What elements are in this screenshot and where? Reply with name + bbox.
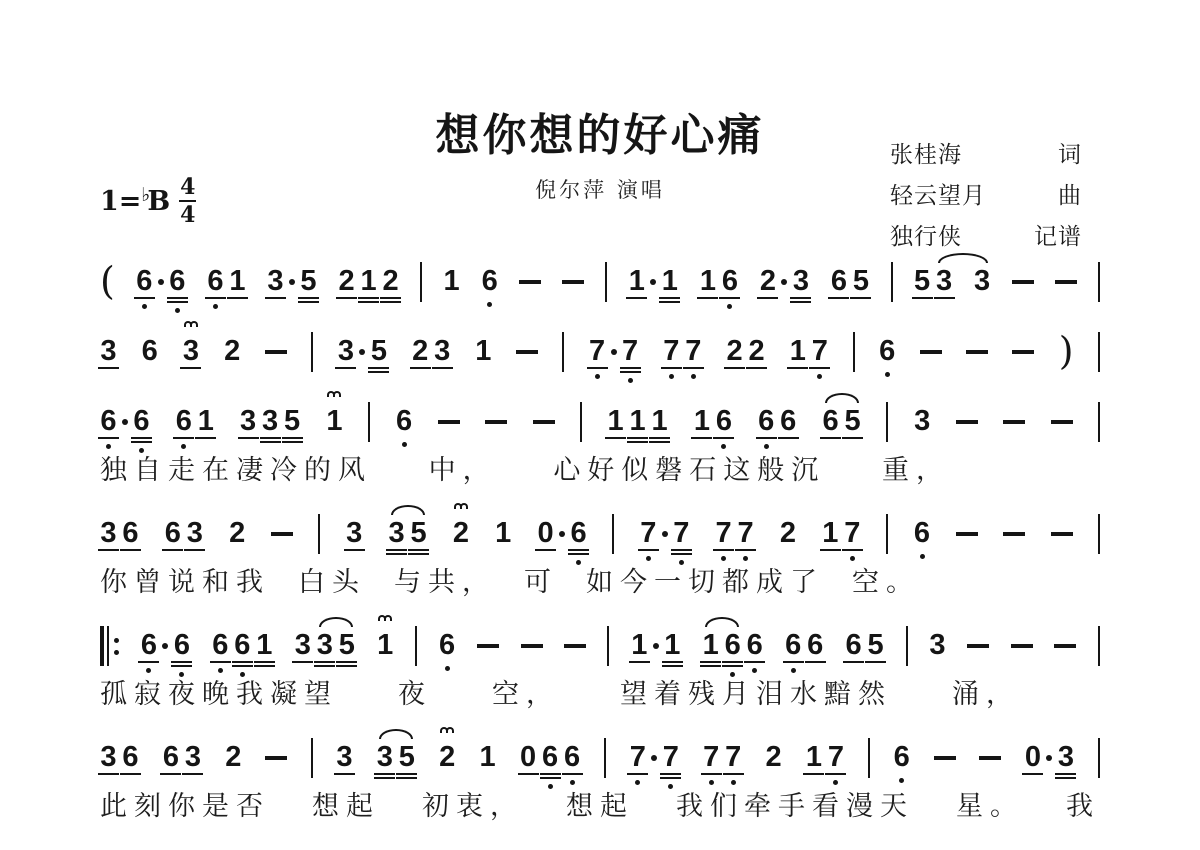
low-octave-dot <box>218 668 223 673</box>
note-3: 3 <box>240 406 257 436</box>
note-5: 5 <box>410 518 427 548</box>
augmentation-dot <box>653 630 659 660</box>
note-cluster: 6 <box>439 630 456 660</box>
mordent-icon <box>327 391 341 397</box>
note-6: 6 <box>162 742 179 772</box>
note-2: 2 <box>759 266 776 296</box>
lyric-segment: 夜 <box>398 678 432 712</box>
note-6: 6 <box>212 630 229 660</box>
note-cluster <box>318 518 320 548</box>
note-6: 6 <box>780 406 797 436</box>
note-3: 3 <box>100 742 117 772</box>
note-5: 5 <box>300 266 317 296</box>
note-cluster <box>415 630 417 660</box>
key-prefix: 1=♭B <box>100 186 170 217</box>
duration-dash <box>1012 336 1034 366</box>
note-3: 3 <box>434 336 451 366</box>
note-2: 2 <box>452 518 469 548</box>
slur-arc <box>391 505 425 515</box>
note-1: 1 <box>479 742 496 772</box>
duration-dash <box>966 336 988 366</box>
note-cluster <box>580 406 582 436</box>
low-octave-dot <box>727 304 732 309</box>
note-cluster: 23 <box>759 266 809 296</box>
note-3: 3 <box>184 742 201 772</box>
note-3: 3 <box>929 630 946 660</box>
lyric-segment: 心好似磐石这般沉 <box>553 454 825 488</box>
duration-dash <box>1054 630 1076 660</box>
lyrics-line-1: 独自走在凄冷的风中，心好似磐石这般沉重， <box>100 454 1100 488</box>
note-cluster: 77 <box>703 742 742 772</box>
note-cluster <box>1003 518 1025 548</box>
note-cluster <box>271 518 293 548</box>
note-cluster: 166 <box>702 630 763 660</box>
credit-row: 独行侠记谱 <box>890 218 1082 251</box>
note-0: 0 <box>1024 742 1041 772</box>
note-1: 1 <box>789 336 806 366</box>
note-cluster <box>533 406 555 436</box>
note-cluster: 35 <box>337 336 387 366</box>
note-6: 6 <box>570 518 587 548</box>
lyric-segment: 望着残月泪水黯然 <box>620 678 892 712</box>
note-cluster: 6 <box>893 742 910 772</box>
note-3: 3 <box>388 518 405 548</box>
note-cluster: 1 <box>443 266 460 296</box>
slur-arc <box>938 253 988 263</box>
note-cluster <box>265 336 287 366</box>
augmentation-dot <box>662 518 668 548</box>
note-cluster <box>868 742 870 772</box>
note-5: 5 <box>867 630 884 660</box>
low-octave-dot <box>730 672 735 677</box>
duration-dash <box>920 336 942 366</box>
note-cluster: 11 <box>631 630 681 660</box>
note-cluster: 36 <box>100 742 139 772</box>
note-6: 6 <box>140 630 157 660</box>
note-cluster: 35 <box>267 266 317 296</box>
note-2: 2 <box>229 518 246 548</box>
low-octave-dot <box>764 444 769 449</box>
low-octave-dot <box>721 556 726 561</box>
note-6: 6 <box>785 630 802 660</box>
note-cluster <box>853 336 855 366</box>
note-6: 6 <box>141 336 158 366</box>
barline <box>580 406 582 436</box>
note-cluster: 16 <box>693 406 732 436</box>
slur-arc <box>825 393 859 403</box>
note-7: 7 <box>737 518 754 548</box>
credit-role: 记谱 <box>1034 218 1082 251</box>
note-cluster: 3 <box>929 630 946 660</box>
low-octave-dot <box>106 444 111 449</box>
note-cluster <box>1098 266 1100 296</box>
note-cluster <box>1011 630 1033 660</box>
note-5: 5 <box>284 406 301 436</box>
note-cluster: 3 <box>336 742 353 772</box>
note-cluster: 3 <box>914 406 931 436</box>
note-1: 1 <box>664 630 681 660</box>
duration-dash <box>1003 518 1025 548</box>
barline <box>868 742 870 772</box>
low-octave-dot <box>213 304 218 309</box>
note-2: 2 <box>412 336 429 366</box>
note-1: 1 <box>805 742 822 772</box>
duration-dash <box>934 742 956 772</box>
notation-line-3: 6661335161111666653 <box>100 406 1100 438</box>
note-cluster <box>1055 266 1077 296</box>
low-octave-dot <box>833 780 838 785</box>
lyric-segment: 我们牵手看漫天 <box>676 790 914 824</box>
note-cluster: 77 <box>715 518 754 548</box>
note-1: 1 <box>360 266 377 296</box>
note-6: 6 <box>136 266 153 296</box>
note-5: 5 <box>338 630 355 660</box>
note-2: 2 <box>382 266 399 296</box>
lyric-segment: 可 <box>524 566 558 600</box>
note-cluster: 16 <box>699 266 738 296</box>
note-cluster: 65 <box>845 630 884 660</box>
low-octave-dot <box>899 778 904 783</box>
note-cluster: 2 <box>225 742 242 772</box>
note-6: 6 <box>879 336 896 366</box>
low-octave-dot <box>181 444 186 449</box>
note-2: 2 <box>439 742 456 772</box>
note-cluster: 66 <box>100 406 150 436</box>
note-6: 6 <box>175 406 192 436</box>
duration-dash <box>564 630 586 660</box>
note-cluster: 3 <box>100 336 117 366</box>
note-1: 1 <box>197 406 214 436</box>
duration-dash <box>533 406 555 436</box>
barline <box>1098 518 1100 548</box>
note-cluster: 6 <box>141 336 158 366</box>
note-cluster: ) <box>1059 336 1074 366</box>
slur-arc <box>379 729 413 739</box>
note-6: 6 <box>845 630 862 660</box>
duration-dash <box>1051 406 1073 436</box>
low-octave-dot <box>791 668 796 673</box>
note-cluster <box>956 518 978 548</box>
note-7: 7 <box>629 742 646 772</box>
note-2: 2 <box>338 266 355 296</box>
note-cluster: 1 <box>475 336 492 366</box>
low-octave-dot <box>679 560 684 565</box>
credit-row: 轻云望月曲 <box>890 177 1082 210</box>
note-3: 3 <box>336 742 353 772</box>
duration-dash <box>1003 406 1025 436</box>
note-7: 7 <box>703 742 720 772</box>
lyric-segment: 涌， <box>952 678 1020 712</box>
note-cluster: 61 <box>175 406 214 436</box>
note-cluster <box>934 742 956 772</box>
note-6: 6 <box>893 742 910 772</box>
barline <box>311 742 313 772</box>
note-cluster <box>100 630 119 670</box>
duration-dash <box>485 406 507 436</box>
low-octave-dot <box>885 372 890 377</box>
lyric-segment: 与共， <box>394 566 496 600</box>
note-cluster: 63 <box>162 742 201 772</box>
lyric-segment: 想起 <box>312 790 380 824</box>
note-3: 3 <box>376 742 393 772</box>
note-cluster <box>519 266 541 296</box>
note-1: 1 <box>631 630 648 660</box>
duration-dash <box>1055 266 1077 296</box>
augmentation-dot <box>611 336 617 366</box>
barline <box>886 518 888 548</box>
low-octave-dot <box>646 556 651 561</box>
note-cluster: 35 <box>388 518 427 548</box>
barline <box>368 406 370 436</box>
note-1: 1 <box>443 266 460 296</box>
note-cluster: ( <box>100 266 115 296</box>
note-cluster <box>886 406 888 436</box>
note-cluster: 6 <box>879 336 896 366</box>
note-cluster <box>265 742 287 772</box>
note-1: 1 <box>661 266 678 296</box>
duration-dash <box>521 630 543 660</box>
barline <box>415 630 417 660</box>
duration-dash <box>265 336 287 366</box>
note-3: 3 <box>914 406 931 436</box>
duration-dash <box>519 266 541 296</box>
note-3: 3 <box>792 266 809 296</box>
notation-line-5: 66661335161116666653 <box>100 630 1100 662</box>
note-cluster: 36 <box>100 518 139 548</box>
note-5: 5 <box>398 742 415 772</box>
note-1: 1 <box>256 630 273 660</box>
notation-line-4: 36632335210677772176 <box>100 518 1100 550</box>
note-cluster <box>920 336 942 366</box>
note-cluster: 212 <box>338 266 399 296</box>
note-2: 2 <box>748 336 765 366</box>
lyric-segment: 如今一切都成了 <box>586 566 824 600</box>
note-5: 5 <box>852 266 869 296</box>
note-cluster: 03 <box>1024 742 1074 772</box>
note-cluster: 2 <box>452 518 469 548</box>
note-1: 1 <box>822 518 839 548</box>
score: (6661352121611162365533 3632352317777221… <box>100 266 1100 824</box>
note-cluster: 111 <box>607 406 668 436</box>
note-cluster <box>516 336 538 366</box>
note-cluster <box>1098 406 1100 436</box>
augmentation-dot <box>359 336 365 366</box>
augmentation-dot <box>559 518 565 548</box>
duration-dash <box>967 630 989 660</box>
note-6: 6 <box>481 266 498 296</box>
barline <box>906 630 908 660</box>
note-cluster: 6 <box>481 266 498 296</box>
note-cluster: 3 <box>182 336 199 366</box>
note-6: 6 <box>396 406 413 436</box>
low-octave-dot <box>595 374 600 379</box>
note-cluster <box>521 630 543 660</box>
note-cluster: 2 <box>439 742 456 772</box>
duration-dash <box>438 406 460 436</box>
note-6: 6 <box>169 266 186 296</box>
note-6: 6 <box>807 630 824 660</box>
note-cluster <box>562 266 584 296</box>
note-cluster <box>1003 406 1025 436</box>
note-3: 3 <box>182 336 199 366</box>
note-cluster <box>485 406 507 436</box>
note-6: 6 <box>173 630 190 660</box>
note-cluster: 66 <box>136 266 186 296</box>
note-0: 0 <box>537 518 554 548</box>
note-3: 3 <box>186 518 203 548</box>
augmentation-dot <box>650 266 656 296</box>
note-5: 5 <box>370 336 387 366</box>
note-cluster: 11 <box>628 266 678 296</box>
duration-dash <box>516 336 538 366</box>
note-6: 6 <box>724 630 741 660</box>
note-cluster: 1 <box>495 518 512 548</box>
barline <box>605 266 607 296</box>
low-octave-dot <box>175 308 180 313</box>
low-octave-dot <box>850 556 855 561</box>
lyric-segment: 独自走在凄冷的风 <box>100 454 372 488</box>
note-6: 6 <box>914 518 931 548</box>
open-paren: ( <box>100 264 115 294</box>
note-6: 6 <box>564 742 581 772</box>
note-cluster: 77 <box>663 336 702 366</box>
duration-dash <box>956 518 978 548</box>
note-6: 6 <box>122 518 139 548</box>
lyric-segment: 初衷， <box>422 790 524 824</box>
note-cluster <box>1012 266 1034 296</box>
time-top: 4 <box>180 176 195 198</box>
mordent-icon <box>378 615 392 621</box>
note-cluster <box>612 518 614 548</box>
slur-arc <box>705 617 739 627</box>
note-3: 3 <box>267 266 284 296</box>
note-cluster <box>1051 406 1073 436</box>
note-cluster: 17 <box>805 742 844 772</box>
low-octave-dot <box>402 442 407 447</box>
duration-dash <box>271 518 293 548</box>
note-cluster <box>979 742 1001 772</box>
note-cluster <box>906 630 908 660</box>
low-octave-dot <box>668 784 673 789</box>
notation-line-6: 36632335210667777217603 <box>100 742 1100 774</box>
note-3: 3 <box>100 336 117 366</box>
note-cluster <box>311 336 313 366</box>
note-7: 7 <box>640 518 657 548</box>
note-cluster: 65 <box>830 266 869 296</box>
lyric-segment: 你曾说和我 <box>100 566 270 600</box>
note-1: 1 <box>699 266 716 296</box>
note-cluster: 335 <box>294 630 355 660</box>
barline <box>1098 630 1100 660</box>
barline <box>1098 742 1100 772</box>
note-cluster: 35 <box>376 742 415 772</box>
note-7: 7 <box>673 518 690 548</box>
note-1: 1 <box>377 630 394 660</box>
note-6: 6 <box>234 630 251 660</box>
credit-name: 独行侠 <box>890 218 962 251</box>
note-cluster: 06 <box>537 518 587 548</box>
duration-dash <box>562 266 584 296</box>
barline <box>607 630 609 660</box>
low-octave-dot <box>731 780 736 785</box>
lyrics-line-4: 此刻你是否想起初衷，想起我们牵手看漫天星。我 <box>100 790 1100 824</box>
low-octave-dot <box>669 374 674 379</box>
note-cluster: 1 <box>326 406 343 436</box>
note-1: 1 <box>651 406 668 436</box>
low-octave-dot <box>445 666 450 671</box>
note-cluster: 17 <box>789 336 828 366</box>
note-cluster: 17 <box>822 518 861 548</box>
note-6: 6 <box>822 406 839 436</box>
augmentation-dot <box>162 630 168 660</box>
note-6: 6 <box>439 630 456 660</box>
note-5: 5 <box>844 406 861 436</box>
note-cluster: 1 <box>377 630 394 660</box>
note-6: 6 <box>830 266 847 296</box>
note-cluster: 6 <box>396 406 413 436</box>
note-6: 6 <box>721 266 738 296</box>
note-7: 7 <box>622 336 639 366</box>
lyric-segment: 白头 <box>298 566 366 600</box>
low-octave-dot <box>920 554 925 559</box>
note-6: 6 <box>164 518 181 548</box>
note-cluster <box>311 742 313 772</box>
note-cluster: 66 <box>785 630 824 660</box>
lyric-segment: 我 <box>1066 790 1100 824</box>
barline <box>318 518 320 548</box>
low-octave-dot <box>179 672 184 677</box>
augmentation-dot <box>781 266 787 296</box>
barline <box>612 518 614 548</box>
note-7: 7 <box>662 742 679 772</box>
augmentation-dot <box>289 266 295 296</box>
note-2: 2 <box>726 336 743 366</box>
lyric-segment: 此刻你是否 <box>100 790 270 824</box>
barline <box>1098 266 1100 296</box>
note-2: 2 <box>225 742 242 772</box>
note-2: 2 <box>779 518 796 548</box>
note-1: 1 <box>475 336 492 366</box>
note-3: 3 <box>337 336 354 366</box>
barline <box>1098 336 1100 366</box>
note-1: 1 <box>229 266 246 296</box>
note-6: 6 <box>715 406 732 436</box>
low-octave-dot <box>635 780 640 785</box>
lyric-segment: 空。 <box>852 566 920 600</box>
close-paren: ) <box>1059 334 1074 364</box>
note-7: 7 <box>589 336 606 366</box>
low-octave-dot <box>240 672 245 677</box>
note-6: 6 <box>746 630 763 660</box>
note-cluster <box>956 406 978 436</box>
note-7: 7 <box>827 742 844 772</box>
note-cluster: 335 <box>240 406 301 436</box>
barline <box>311 336 313 366</box>
credit-row: 张桂海词 <box>890 136 1082 169</box>
note-1: 1 <box>607 406 624 436</box>
note-cluster <box>607 630 609 660</box>
low-octave-dot <box>743 556 748 561</box>
low-octave-dot <box>691 374 696 379</box>
credit-name: 张桂海 <box>890 136 962 169</box>
note-cluster: 661 <box>212 630 273 660</box>
low-octave-dot <box>146 668 151 673</box>
repeat-dots <box>114 638 119 655</box>
lyric-segment: 星。 <box>956 790 1024 824</box>
note-3: 3 <box>346 518 363 548</box>
low-octave-dot <box>628 378 633 383</box>
credits-block: 张桂海词轻云望月曲独行侠记谱 <box>890 136 1082 259</box>
